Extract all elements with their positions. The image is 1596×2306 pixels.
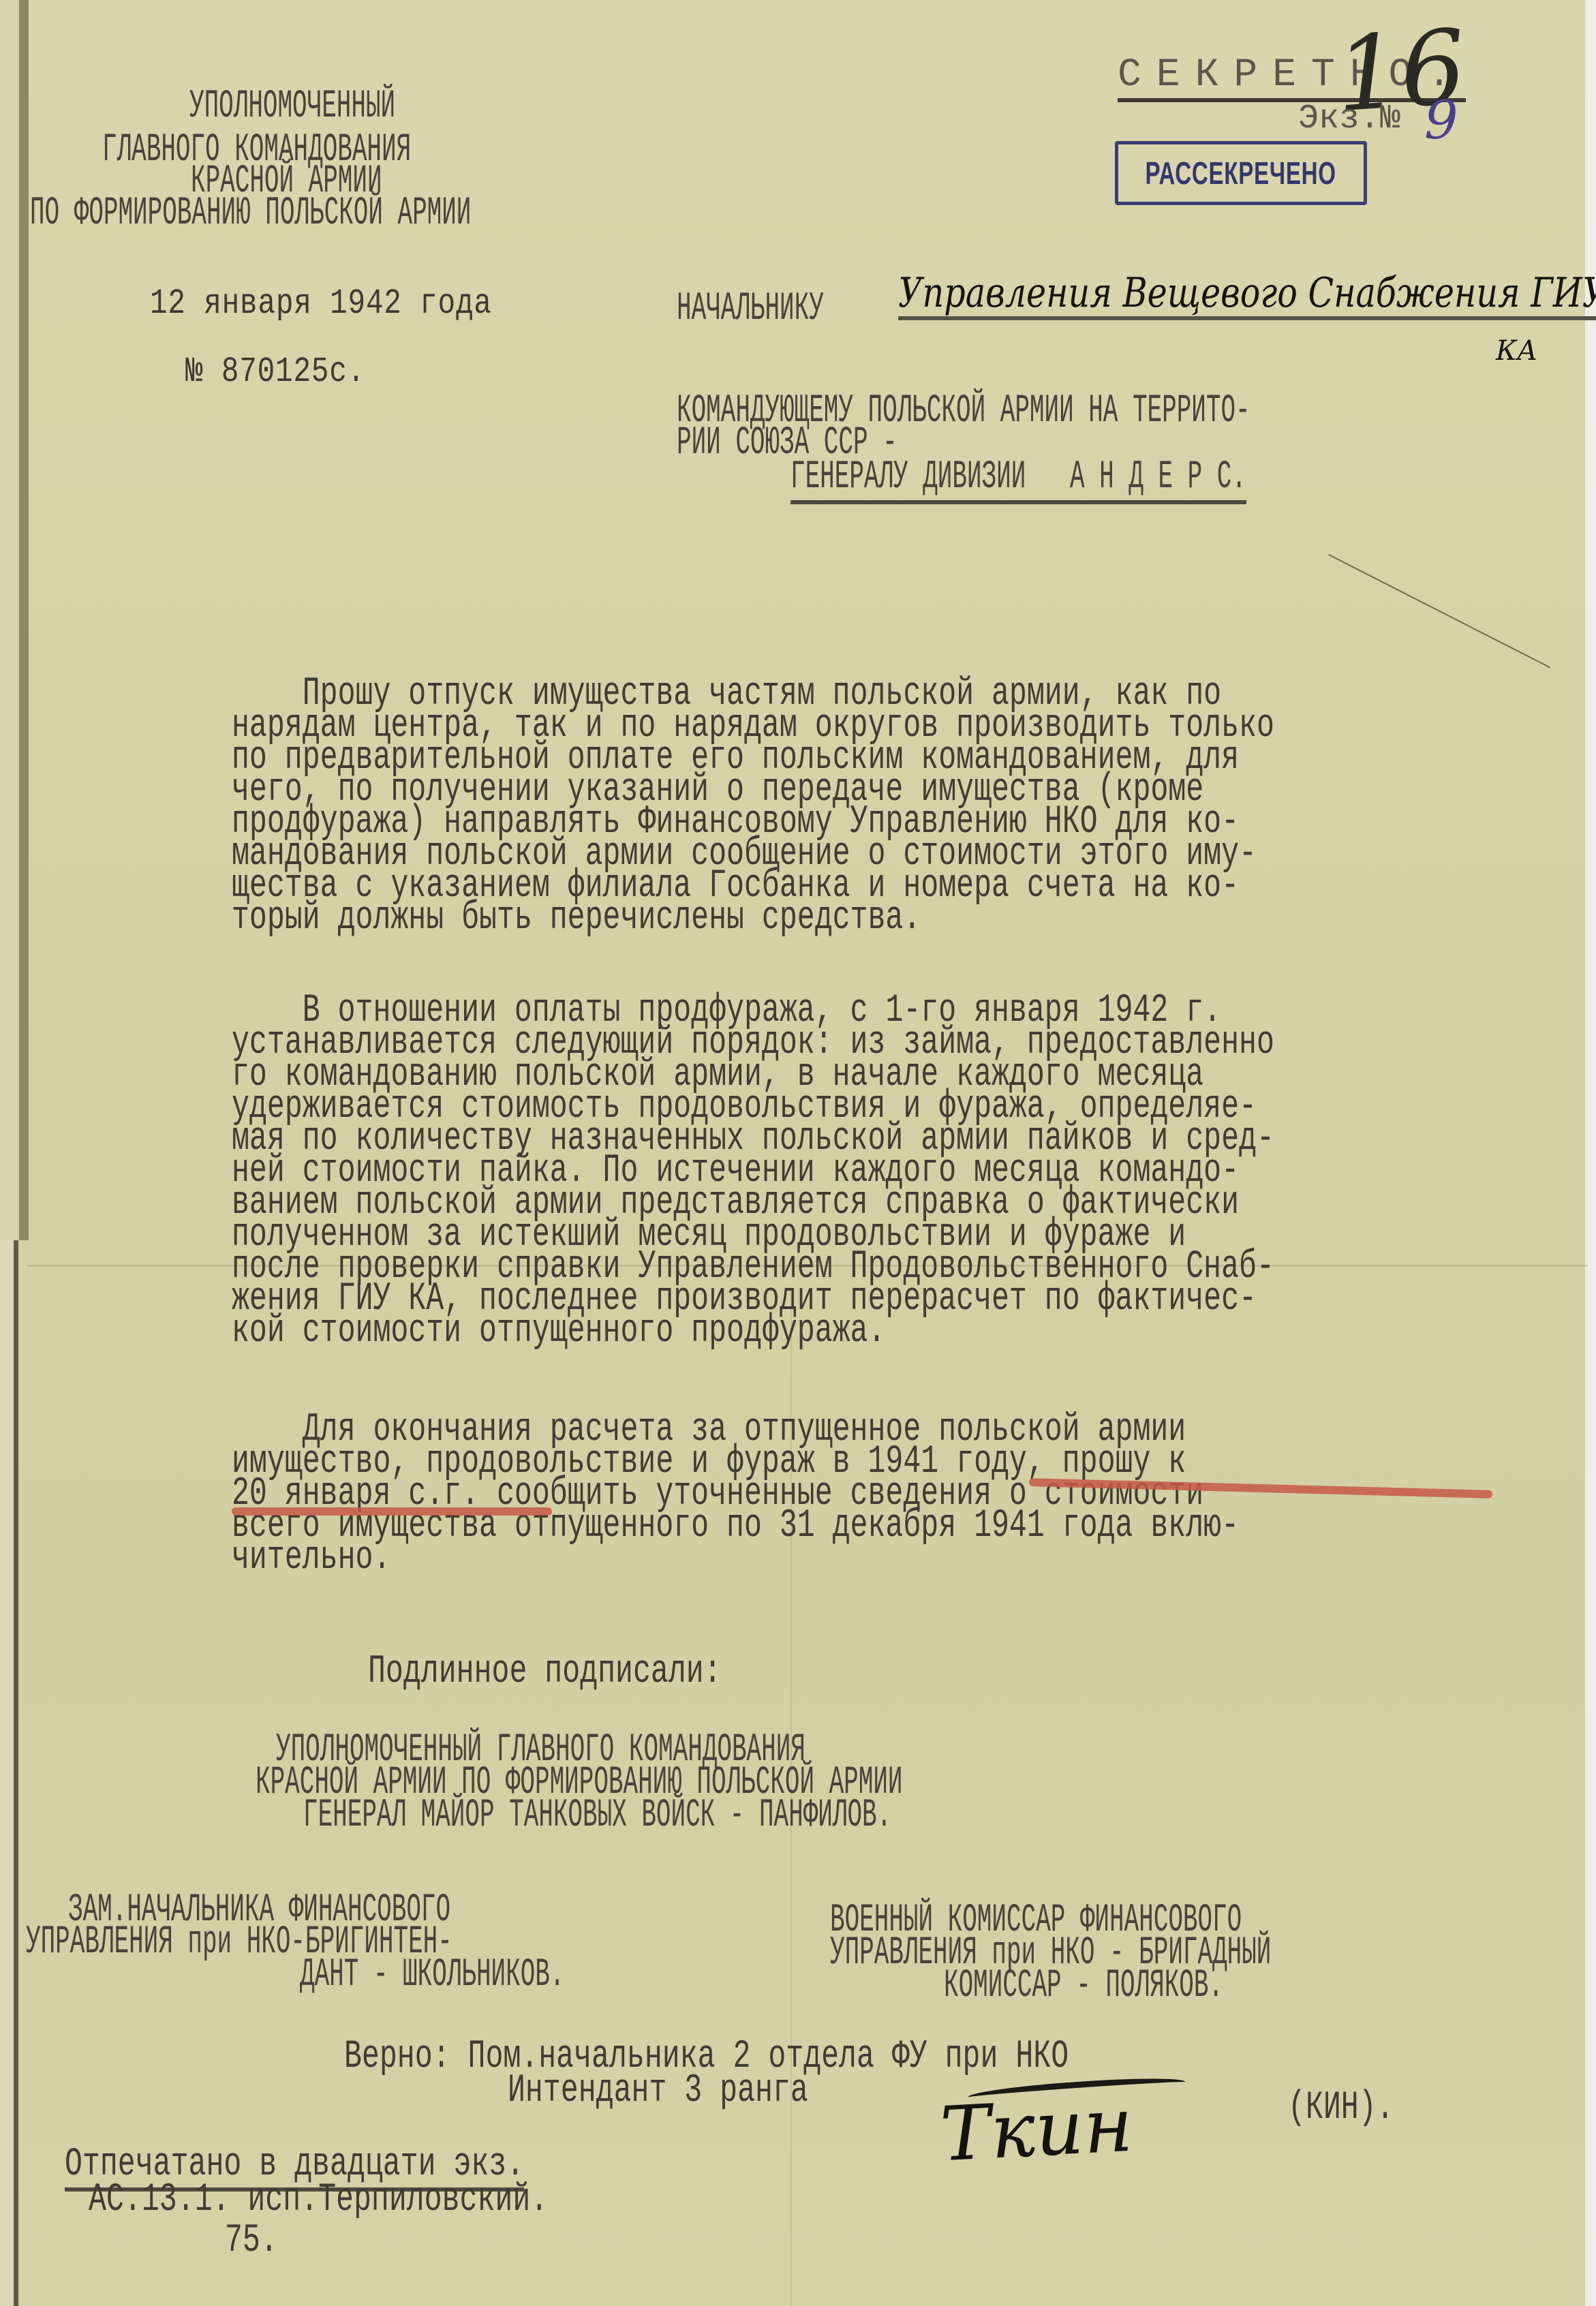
stamp-text: РАССЕКРЕЧЕНО [1146,155,1336,191]
copy-number-label: Экз.№ [1298,102,1400,136]
scan-margin [1585,0,1596,2306]
addressee-handwritten-suffix: КА [1496,337,1537,365]
body-line: торый должны быть перечислены средства. [232,899,921,938]
addressee-line: ГЕНЕРАЛУ ДИВИЗИИ А Н Д Е Р С. [791,458,1246,504]
certification-rank: Интендант 3 ранга [508,2072,808,2111]
document-date: 12 января 1942 года [150,286,492,322]
signatory-polyakov-line: КОМИССАР - ПОЛЯКОВ. [944,1967,1223,2006]
red-pencil-underline [232,1507,552,1516]
body-line: кой стоимости отпущенного продфуража. [232,1312,885,1351]
signatory-shkolnikov-line: ДАНТ - ШКОЛЬНИКОВ. [300,1956,564,1995]
addressee-handwritten: Управления Вещевого Снабжения ГИУ [898,273,1596,320]
signatory-panfilov-line: ГЕНЕРАЛ МАЙОР ТАНКОВЫХ ВОЙСК - ПАНФИЛОВ. [303,1796,891,1836]
document-number: № 870125с. [185,354,365,390]
copy-number-handwritten: 9 [1424,94,1458,147]
declassified-stamp: РАССЕКРЕЧЕНО [1115,141,1367,205]
signed-intro: Подлинное подписали: [368,1652,722,1692]
body-line: чительно. [232,1539,390,1578]
certifier-name: (КИН). [1288,2089,1394,2128]
sender-line: ПО ФОРМИРОВАНИЮ ПОЛЬСКОЙ АРМИИ [30,194,471,234]
executor-line: АС.13.1. исп.Терпиловский. [89,2181,548,2220]
attached-sheet-edge [0,0,29,1240]
addressee-prefix: НАЧАЛЬНИКУ [677,290,824,329]
sender-line: УПОЛНОМОЧЕННЫЙ [189,87,395,127]
binding-edge [0,1240,18,2306]
archive-code: 75. [225,2222,278,2261]
